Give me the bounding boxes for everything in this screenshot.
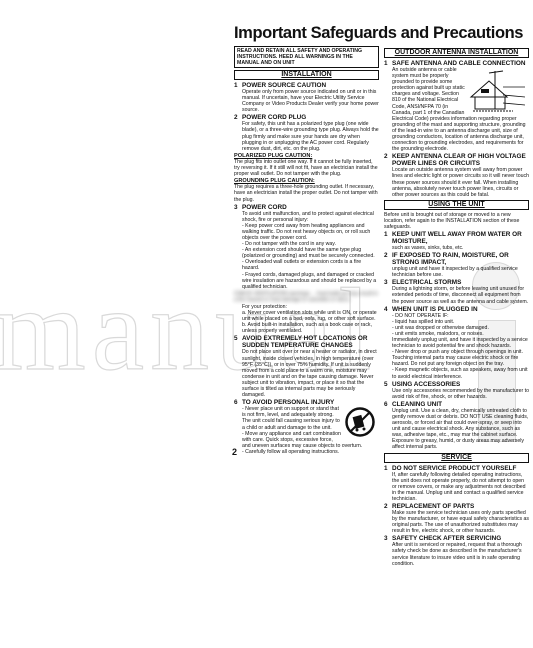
item-plugged-in: 4WHEN UNIT IS PLUGGED IN - DO NOT OPERAT…: [384, 306, 529, 380]
item-no-self-service: 1DO NOT SERVICE PRODUCT YOURSELF If, aft…: [384, 465, 529, 502]
item-water: 1KEEP UNIT WELL AWAY FROM WATER OR MOIST…: [384, 231, 529, 251]
section-service: SERVICE: [384, 453, 529, 463]
item-rain: 2IF EXPOSED TO RAIN, MOISTURE, OR STRONG…: [384, 252, 529, 278]
item-heading: SAFE ANTENNA AND CABLE CONNECTION: [392, 60, 526, 67]
item-heading: POWER SOURCE CAUTION: [242, 82, 326, 89]
grounding-plug-caution: GROUNDING PLUG CAUTION: The plug require…: [234, 178, 379, 202]
bullet: - Frayed cords, damaged plugs, and damag…: [242, 272, 379, 290]
item-ventilation-obscured: CHECK VENTILATION openings ... heat buil…: [234, 291, 379, 303]
using-intro: Before unit is brought out of storage or…: [384, 212, 529, 230]
cart-tipover-warning-icon: [345, 407, 375, 437]
item-accessories: 5USING ACCESSORIES Use only accessories …: [384, 381, 529, 400]
protection-list: For your protection: a. Never cover vent…: [234, 304, 379, 334]
item-power-source: 1POWER SOURCE CAUTION Operate only from …: [234, 82, 379, 113]
item-power-cord: 3POWER CORD To avoid unit malfunction, a…: [234, 204, 379, 290]
section-using-unit: USING THE UNIT: [384, 200, 529, 210]
bullet: - Keep power cord away from heating appl…: [242, 223, 379, 241]
section-outdoor-antenna: OUTDOOR ANTENNA INSTALLATION: [384, 48, 529, 58]
item-power-cord-plug: 2POWER CORD PLUG For safety, this unit h…: [234, 114, 379, 151]
item-heading: SAFETY CHECK AFTER SERVICING: [392, 535, 501, 542]
page-title: Important Safeguards and Precautions: [234, 24, 529, 43]
intro-box: READ AND RETAIN ALL SAFETY AND OPERATING…: [234, 46, 379, 68]
item-heading: REPLACEMENT OF PARTS: [392, 503, 474, 510]
item-heading: CLEANING UNIT: [392, 401, 442, 408]
item-heading: ELECTRICAL STORMS: [392, 279, 461, 286]
item-text: Operate only from power source indicated…: [234, 89, 379, 113]
item-heading: POWER CORD PLUG: [242, 114, 306, 121]
item-heading: TO AVOID PERSONAL INJURY: [242, 399, 334, 406]
section-installation: INSTALLATION: [234, 70, 379, 80]
item-heading: KEEP ANTENNA CLEAR OF HIGH VOLTAGE POWER…: [392, 153, 529, 167]
item-heading: IF EXPOSED TO RAIN, MOISTURE, OR STRONG …: [392, 252, 529, 266]
item-personal-injury: 6TO AVOID PERSONAL INJURY - Never place …: [234, 399, 379, 455]
item-heading: POWER CORD: [242, 204, 287, 211]
safeguards-page: Important Safeguards and Precautions REA…: [234, 24, 529, 568]
page-number: 2: [232, 449, 237, 455]
item-replacement-parts: 2REPLACEMENT OF PARTS Make sure the serv…: [384, 503, 529, 534]
bullet: - Overloaded wall outlets or extension c…: [242, 259, 379, 271]
right-column: OUTDOOR ANTENNA INSTALLATION 1SAFE ANTEN…: [384, 46, 529, 568]
item-cleaning: 6CLEANING UNIT Unplug unit. Use a clean,…: [384, 401, 529, 451]
item-heading: USING ACCESSORIES: [392, 381, 460, 388]
item-high-voltage: 2KEEP ANTENNA CLEAR OF HIGH VOLTAGE POWE…: [384, 153, 529, 197]
polarized-plug-caution: POLARIZED PLUG CAUTION: The plug fits in…: [234, 153, 379, 177]
item-storms: 3ELECTRICAL STORMS During a lightning st…: [384, 279, 529, 304]
item-safety-check: 3SAFETY CHECK AFTER SERVICING After unit…: [384, 535, 529, 566]
antenna-grounding-diagram: [467, 67, 529, 113]
item-heading: AVOID EXTREMELY HOT LOCATIONS OR SUDDEN …: [242, 335, 379, 349]
bullet: 2 - Carefully follow all operating instr…: [242, 449, 379, 455]
item-text: For safety, this unit has a polarized ty…: [234, 121, 379, 151]
left-column: READ AND RETAIN ALL SAFETY AND OPERATING…: [234, 46, 379, 568]
item-heading: DO NOT SERVICE PRODUCT YOURSELF: [392, 465, 516, 472]
item-heading: WHEN UNIT IS PLUGGED IN: [392, 306, 478, 313]
bullet: - An extension cord should have the same…: [242, 247, 379, 259]
item-hot-locations: 5AVOID EXTREMELY HOT LOCATIONS OR SUDDEN…: [234, 335, 379, 398]
item-heading: KEEP UNIT WELL AWAY FROM WATER OR MOISTU…: [392, 231, 529, 245]
item-antenna-connection: 1SAFE ANTENNA AND CABLE CONNECTION An ou…: [384, 60, 529, 152]
